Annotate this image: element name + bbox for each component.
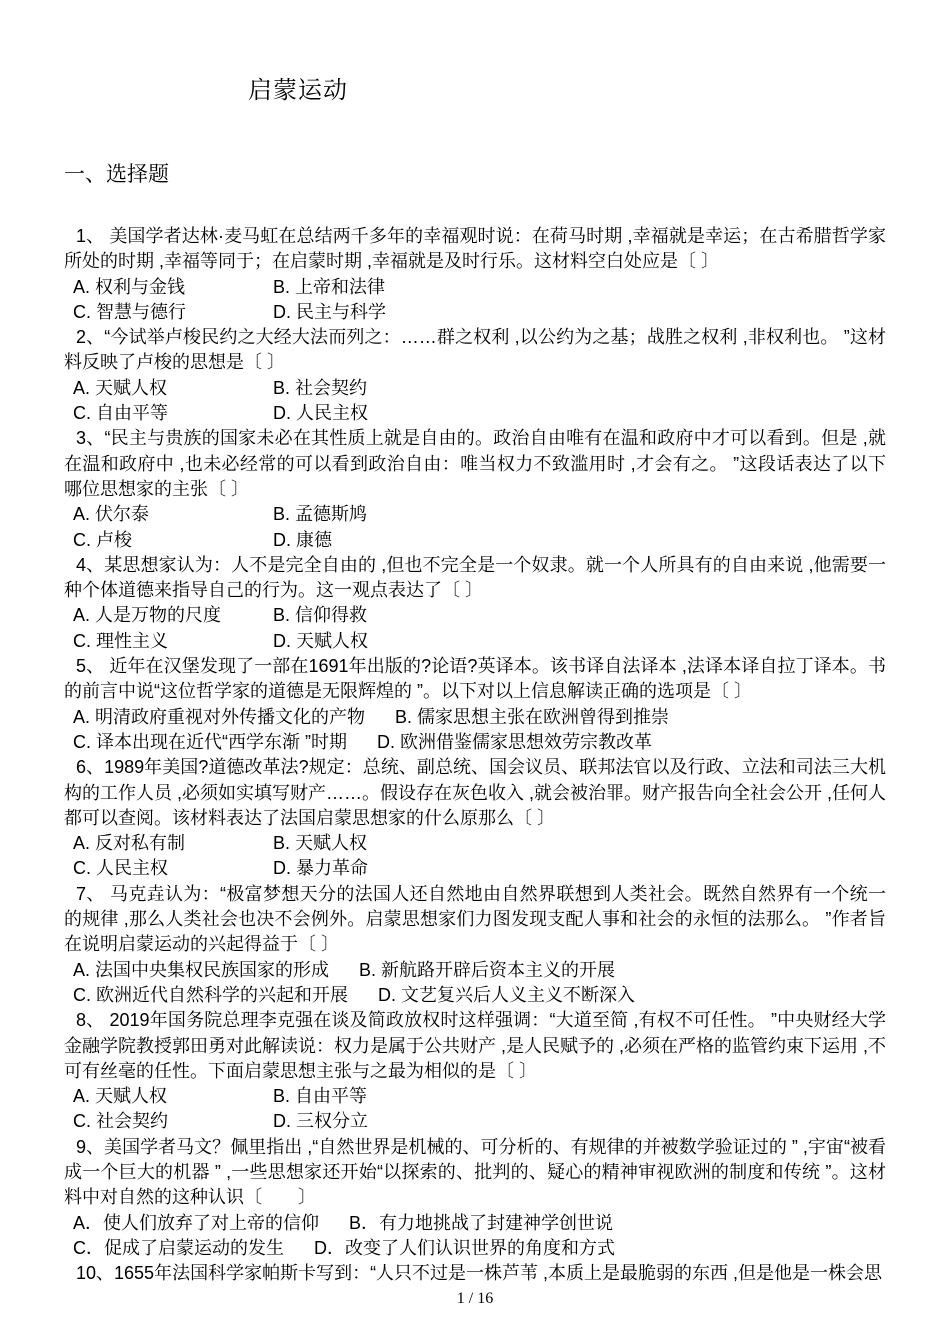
page-content: 启蒙运动 一、选择题 1、 美国学者达林·麦马虹在总结两千多年的幸福观时说：在荷…	[0, 0, 950, 1286]
option-d: D. 暴力革命	[273, 856, 368, 881]
option-a: A. 权利与金钱	[73, 275, 243, 300]
option-row: A. 权利与金钱 B. 上帝和法律	[64, 275, 886, 300]
option-row: C. 自由平等 D. 人民主权	[64, 401, 886, 426]
question-stem: 4、某思想家认为：人不是完全自由的 ,但也不完全是一个奴隶。就一个人所具有的自由…	[64, 553, 886, 604]
option-d: D. 天赋人权	[273, 629, 368, 654]
option-row: A. 人是万物的尺度 B. 信仰得救	[64, 603, 886, 628]
option-c: C. 理性主义	[73, 629, 243, 654]
question-5: 5、 近年在汉堡发现了一部在1691年出版的?论语?英译本。该书译自法译本 ,法…	[64, 654, 886, 755]
option-b: B. 社会契约	[273, 376, 367, 401]
option-row: C. 欧洲近代自然科学的兴起和开展 D. 文艺复兴后人义主义不断深入	[64, 983, 886, 1008]
option-c: C. 人民主权	[73, 856, 243, 881]
document-title: 启蒙运动	[248, 76, 886, 106]
option-c: C. 智慧与德行	[73, 300, 243, 325]
option-row: C. 社会契约 D. 三权分立	[64, 1109, 886, 1134]
question-7: 7、 马克垚认为：“极富梦想天分的法国人还自然地由自然界联想到人类社会。既然自然…	[64, 882, 886, 1008]
option-d: D. 民主与科学	[273, 300, 386, 325]
question-8: 8、 2019年国务院总理李克强在谈及简政放权时这样强调：“大道至简 ,有权不可…	[64, 1008, 886, 1134]
question-stem: 5、 近年在汉堡发现了一部在1691年出版的?论语?英译本。该书译自法译本 ,法…	[64, 654, 886, 705]
option-row: C. 卢梭 D. 康德	[64, 528, 886, 553]
option-row: A. 法国中央集权民族国家的形成 B. 新航路开辟后资本主义的开展	[64, 958, 886, 983]
option-a: A. 反对私有制	[73, 831, 243, 856]
option-row: C. 人民主权 D. 暴力革命	[64, 856, 886, 881]
option-d: D. 人民主权	[273, 401, 368, 426]
question-list: 1、 美国学者达林·麦马虹在总结两千多年的幸福观时说：在荷马时期 ,幸福就是幸运…	[64, 224, 886, 1286]
option-a: A. 法国中央集权民族国家的形成	[73, 958, 329, 983]
option-row: A. 天赋人权 B. 社会契约	[64, 376, 886, 401]
question-stem: 7、 马克垚认为：“极富梦想天分的法国人还自然地由自然界联想到人类社会。既然自然…	[64, 882, 886, 958]
option-b: B. 自由平等	[273, 1084, 367, 1109]
option-row: A．使人们放弃了对上帝的信仰 B．有力地挑战了封建神学创世说	[64, 1211, 886, 1236]
option-d: D．改变了人们认识世界的角度和方式	[314, 1236, 615, 1261]
question-stem: 3、“民主与贵族的国家未必在其性质上就是自由的。政治自由唯有在温和政府中才可以看…	[64, 426, 886, 502]
option-b: B. 儒家思想主张在欧洲曾得到推崇	[395, 705, 669, 730]
option-row: C. 理性主义 D. 天赋人权	[64, 629, 886, 654]
option-a: A. 天赋人权	[73, 1084, 243, 1109]
option-b: B. 孟德斯鸠	[273, 502, 367, 527]
option-b: B. 新航路开辟后资本主义的开展	[359, 958, 615, 983]
question-1: 1、 美国学者达林·麦马虹在总结两千多年的幸福观时说：在荷马时期 ,幸福就是幸运…	[64, 224, 886, 325]
option-b: B. 上帝和法律	[273, 275, 385, 300]
question-stem: 10、1655年法国科学家帕斯卡写到：“人只不过是一株芦苇 ,本质上是最脆弱的东…	[64, 1261, 886, 1286]
option-c: C. 自由平等	[73, 401, 243, 426]
question-stem: 8、 2019年国务院总理李克强在谈及简政放权时这样强调：“大道至简 ,有权不可…	[64, 1008, 886, 1084]
question-stem: 2、“今试举卢梭民约之大经大法而列之：……群之权利 ,以公约为之基；战胜之权利 …	[64, 325, 886, 376]
option-a: A. 伏尔泰	[73, 502, 243, 527]
question-stem: 1、 美国学者达林·麦马虹在总结两千多年的幸福观时说：在荷马时期 ,幸福就是幸运…	[64, 224, 886, 275]
option-a: A．使人们放弃了对上帝的信仰	[73, 1211, 319, 1236]
question-4: 4、某思想家认为：人不是完全自由的 ,但也不完全是一个奴隶。就一个人所具有的自由…	[64, 553, 886, 654]
option-d: D. 文艺复兴后人义主义不断深入	[378, 983, 635, 1008]
question-stem: 9、美国学者马文？佩里指出 ,“自然世界是机械的、可分析的、有规律的并被数学验证…	[64, 1135, 886, 1211]
question-9: 9、美国学者马文？佩里指出 ,“自然世界是机械的、可分析的、有规律的并被数学验证…	[64, 1135, 886, 1261]
option-row: A. 伏尔泰 B. 孟德斯鸠	[64, 502, 886, 527]
option-d: D. 欧洲借鉴儒家思想效劳宗教改革	[377, 730, 652, 755]
option-c: C. 社会契约	[73, 1109, 243, 1134]
option-a: A. 天赋人权	[73, 376, 243, 401]
option-d: D. 三权分立	[273, 1109, 368, 1134]
page-number: 1 / 16	[0, 1290, 950, 1308]
question-2: 2、“今试举卢梭民约之大经大法而列之：……群之权利 ,以公约为之基；战胜之权利 …	[64, 325, 886, 426]
question-6: 6、1989年美国?道德改革法?规定：总统、副总统、国会议员、联邦法官以及行政、…	[64, 755, 886, 881]
section-heading: 一、选择题	[64, 162, 886, 188]
question-3: 3、“民主与贵族的国家未必在其性质上就是自由的。政治自由唯有在温和政府中才可以看…	[64, 426, 886, 552]
option-row: A. 天赋人权 B. 自由平等	[64, 1084, 886, 1109]
document-page: 启蒙运动 一、选择题 1、 美国学者达林·麦马虹在总结两千多年的幸福观时说：在荷…	[0, 0, 950, 1344]
option-b: B. 信仰得救	[273, 603, 367, 628]
option-row: A. 明清政府重视对外传播文化的产物 B. 儒家思想主张在欧洲曾得到推崇	[64, 705, 886, 730]
option-d: D. 康德	[273, 528, 332, 553]
option-c: C. 译本出现在近代“西学东渐 ”时期	[73, 730, 347, 755]
option-row: C．促成了启蒙运动的发生 D．改变了人们认识世界的角度和方式	[64, 1236, 886, 1261]
option-row: C. 译本出现在近代“西学东渐 ”时期 D. 欧洲借鉴儒家思想效劳宗教改革	[64, 730, 886, 755]
option-row: A. 反对私有制 B. 天赋人权	[64, 831, 886, 856]
option-c: C. 卢梭	[73, 528, 243, 553]
option-a: A. 人是万物的尺度	[73, 603, 243, 628]
option-b: B．有力地挑战了封建神学创世说	[349, 1211, 613, 1236]
option-c: C．促成了启蒙运动的发生	[73, 1236, 284, 1261]
option-a: A. 明清政府重视对外传播文化的产物	[73, 705, 365, 730]
question-stem: 6、1989年美国?道德改革法?规定：总统、副总统、国会议员、联邦法官以及行政、…	[64, 755, 886, 831]
option-row: C. 智慧与德行 D. 民主与科学	[64, 300, 886, 325]
question-10: 10、1655年法国科学家帕斯卡写到：“人只不过是一株芦苇 ,本质上是最脆弱的东…	[64, 1261, 886, 1286]
option-b: B. 天赋人权	[273, 831, 367, 856]
option-c: C. 欧洲近代自然科学的兴起和开展	[73, 983, 348, 1008]
